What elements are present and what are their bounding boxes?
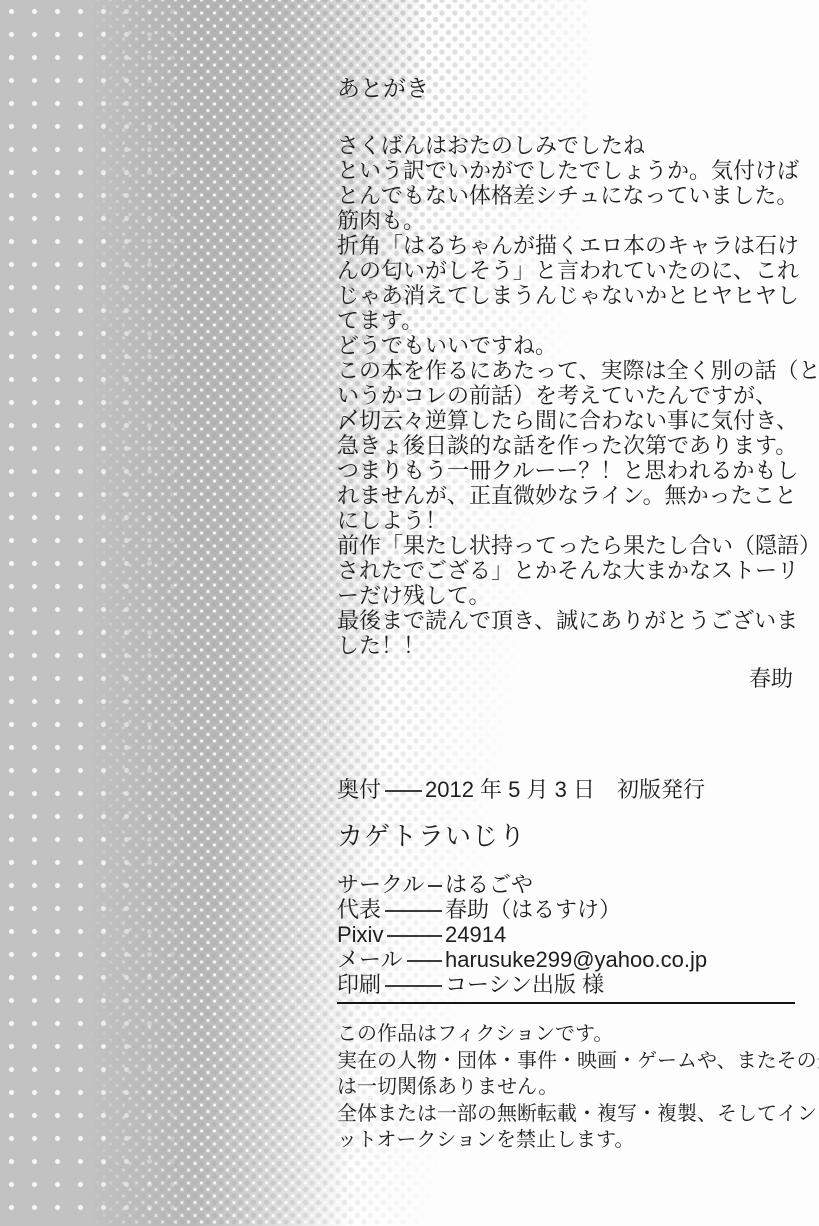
afterword-column: あとがき さくばんはおたのしみでしたね という訳でいかがでしたでしょうか。気付け… [337,0,807,1154]
credit-label: Pixiv [337,922,383,947]
credit-labelbox: 代表 [337,897,445,922]
author-signature: 春助 [337,666,807,691]
divider-line [337,1002,795,1004]
afterword-body-text: さくばんはおたのしみでしたね という訳でいかがでしたでしょうか。気付けば とんで… [337,133,807,658]
scanned-page: あとがき さくばんはおたのしみでしたね という訳でいかがでしたでしょうか。気付け… [0,0,819,1226]
halftone-solid-band [0,0,215,1226]
credit-row-email: メール harusuke299@yahoo.co.jp [337,947,807,972]
leader-line [387,935,442,937]
credit-value: 春助（はるすけ） [445,897,621,922]
credit-row-representative: 代表 春助（はるすけ） [337,897,807,922]
leader-line [385,790,422,792]
credit-label: メール [337,947,403,972]
disclaimer-text: この作品はフィクションです。 実在の人物・団体・事件・映画・ゲームや、またその企… [337,1021,807,1154]
credit-value: harusuke299@yahoo.co.jp [445,947,707,972]
credit-row-pixiv: Pixiv 24914 [337,922,807,947]
colophon-date-value: 2012 年 5 月 3 日 初版発行 [425,777,705,802]
afterword-heading: あとがき [337,75,807,101]
credit-value: はるごや [445,872,533,897]
colophon-date-label: 奥付 [337,777,381,802]
credit-row-printer: 印刷 コーシン出版 様 [337,972,807,997]
leader-line [385,985,442,987]
credit-label: サークル [337,872,424,897]
credit-label: 印刷 [337,972,381,997]
credit-row-circle: サークル はるごや [337,872,807,897]
credit-value: 24914 [445,922,506,947]
leader-line [407,960,442,962]
book-title: カゲトラいじり [337,821,807,851]
credit-labelbox: サークル [337,872,445,897]
colophon-date-labelbox: 奥付 [337,777,425,802]
leader-line [385,910,442,912]
colophon-date-row: 奥付 2012 年 5 月 3 日 初版発行 [337,777,807,802]
credit-labelbox: 印刷 [337,972,445,997]
credit-labelbox: Pixiv [337,922,445,947]
credit-value: コーシン出版 様 [445,972,604,997]
credit-labelbox: メール [337,947,445,972]
credit-label: 代表 [337,897,381,922]
credits-list: サークル はるごや 代表 春助（はるすけ） Pixiv 24914 [337,872,807,997]
leader-line [428,885,442,887]
